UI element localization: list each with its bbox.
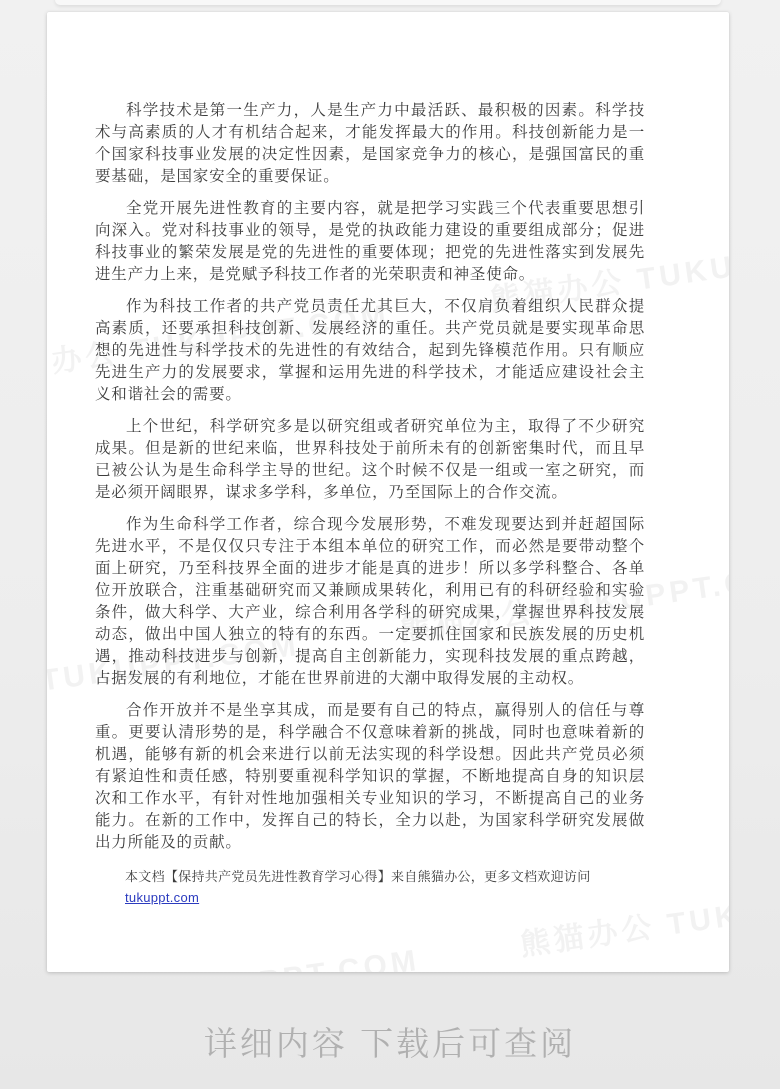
- paragraph-2: 全党开展先进性教育的主要内容，就是把学习实践三个代表重要思想引向深入。党对科技事…: [95, 198, 645, 286]
- paragraph-5: 作为生命科学工作者，综合现今发展形势，不难发现要达到并赶超国际先进水平，不是仅仅…: [95, 514, 645, 690]
- preview-caption: 详细内容 下载后可查阅: [0, 1018, 780, 1065]
- paragraph-4: 上个世纪，科学研究多是以研究组或者研究单位为主，取得了不少研究成果。但是新的世纪…: [95, 416, 645, 504]
- document-preview-stage: 熊猫办公 TUKUPPT.COM 熊猫办公 TUKUPPT.COM 熊猫办公 T…: [0, 0, 780, 1089]
- source-note: 本文档【保持共产党员先进性教育学习心得】来自熊猫办公，更多文档欢迎访问 tuku…: [125, 866, 645, 908]
- paragraph-3: 作为科技工作者的共产党员责任尤其巨大，不仅肩负着组织人民群众提高素质，还要承担科…: [95, 296, 645, 406]
- document-page: 熊猫办公 TUKUPPT.COM 熊猫办公 TUKUPPT.COM 熊猫办公 T…: [47, 12, 729, 972]
- source-note-text: 本文档【保持共产党员先进性教育学习心得】来自熊猫办公，更多文档欢迎访问: [125, 869, 591, 884]
- document-body: 科学技术是第一生产力，人是生产力中最活跃、最积极的因素。科学技术与高素质的人才有…: [95, 100, 645, 908]
- paragraph-6: 合作开放并不是坐享其成，而是要有自己的特点，赢得别人的信任与尊重。更要认清形势的…: [95, 700, 645, 854]
- previous-page-edge: [55, 0, 721, 5]
- source-link[interactable]: tukuppt.com: [125, 887, 199, 908]
- paragraph-1: 科学技术是第一生产力，人是生产力中最活跃、最积极的因素。科学技术与高素质的人才有…: [95, 100, 645, 188]
